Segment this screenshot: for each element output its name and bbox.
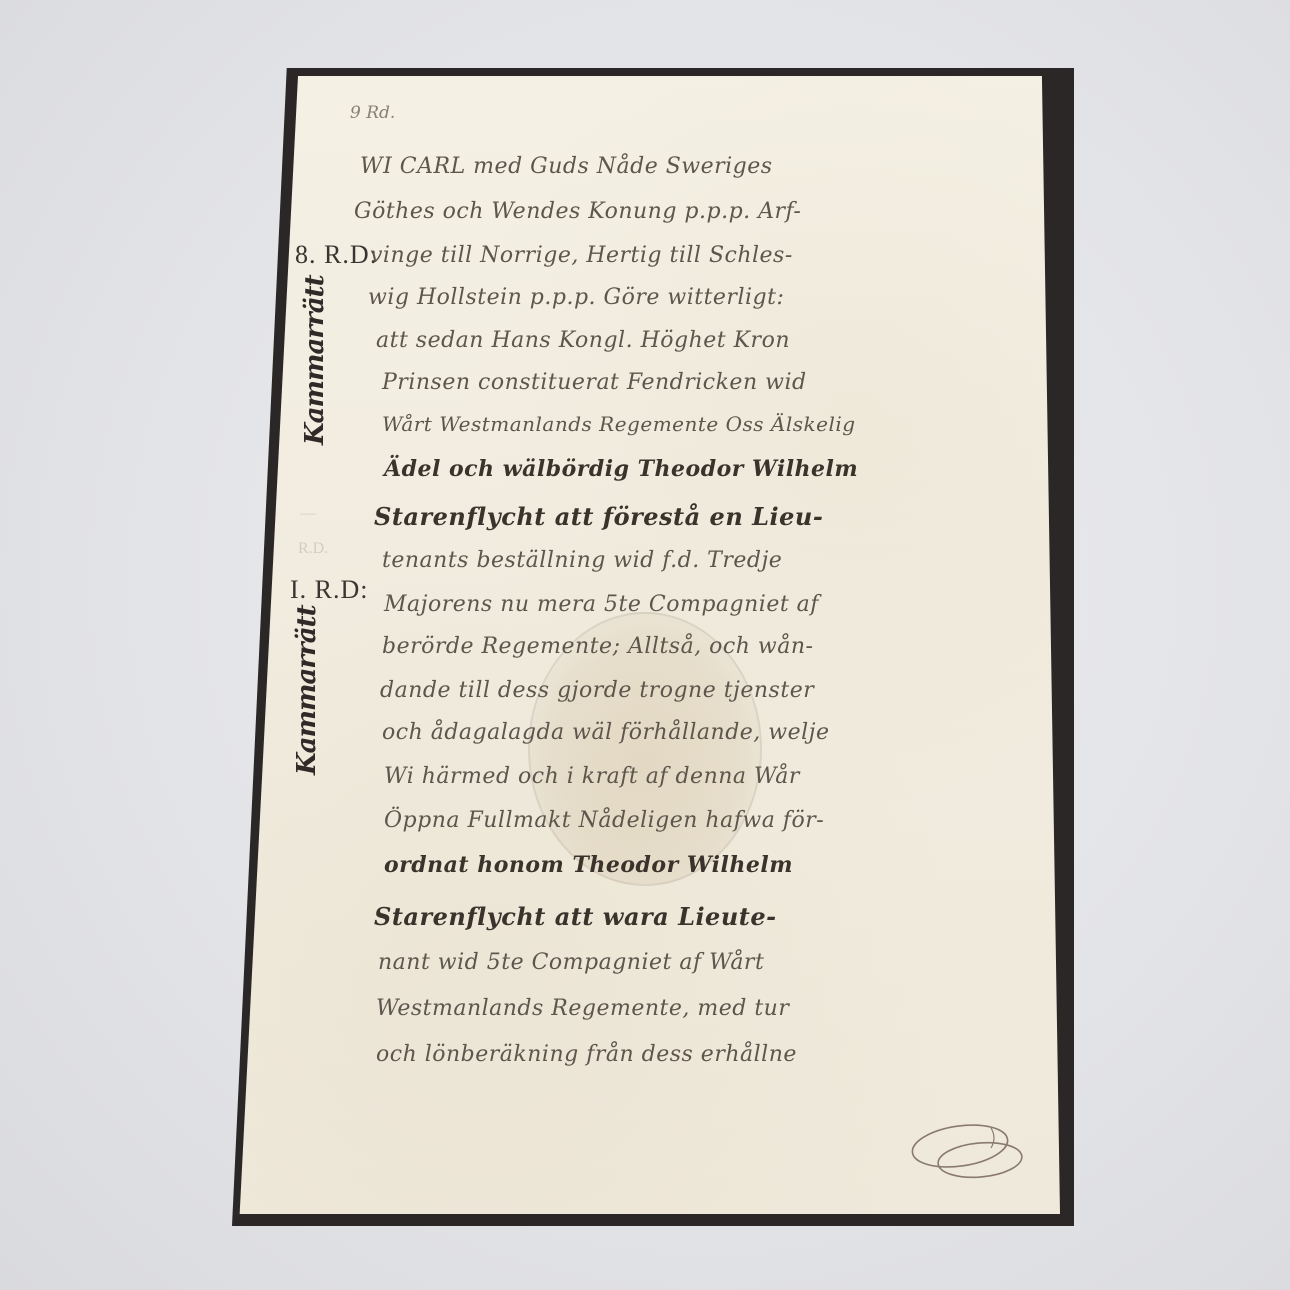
manuscript-line-name: Ädel och wälbördig Theodor Wilhelm [384,456,858,482]
faint-margin-mark-1: — [300,505,316,523]
margin-stamp-2: I. R.D: [290,575,369,605]
manuscript-line: och ådagalagda wäl förhållande, welje [382,720,830,745]
manuscript-line: vinge till Norrige, Hertig till Schles- [370,243,793,268]
manuscript-line: Göthes och Wendes Konung p.p.p. Arf- [354,199,801,224]
manuscript-line: wig Hollstein p.p.p. Göre witterligt: [368,285,784,310]
manuscript-line: Öppna Fullmakt Nådeligen hafwa för- [384,808,824,833]
margin-stamp-1: 8. R.D: [295,240,378,270]
manuscript-line: Wårt Westmanlands Regemente Oss Älskelig [382,412,856,436]
manuscript-line: tenants beställning wid f.d. Tredje [382,548,782,573]
manuscript-line: Prinsen constituerat Fendricken wid [382,370,807,395]
margin-stamp-1-signature: Kammarrätt [300,275,330,445]
manuscript-line: nant wid 5te Compagniet af Wårt [378,950,764,975]
manuscript-line: dande till dess gjorde trogne tjenster [380,678,814,703]
manuscript-line: Majorens nu mera 5te Compagniet af [384,592,819,617]
manuscript-line: att sedan Hans Kongl. Höghet Kron [376,328,790,353]
faint-margin-mark-2: R.D. [298,540,328,558]
margin-stamp-2-signature: Kammarrätt [292,605,322,775]
manuscript-line-surname: Starenflycht att wara Lieute- [374,902,777,931]
folio-number: 9 Rd. [350,103,395,123]
manuscript-line: WI CARL med Guds Nåde Sweriges [360,154,773,179]
manuscript-line: berörde Regemente; Alltså, och wån- [382,634,813,659]
manuscript-line-surname: Starenflycht att förestå en Lieu- [374,502,823,531]
manuscript-line: och lönberäkning från dess erhållne [376,1042,797,1067]
manuscript-line: Wi härmed och i kraft af denna Wår [384,764,800,789]
manuscript-line-name: ordnat honom Theodor Wilhelm [384,852,793,878]
manuscript-line: Westmanlands Regemente, med tur [376,996,789,1021]
closing-flourish-icon [905,1118,1025,1188]
